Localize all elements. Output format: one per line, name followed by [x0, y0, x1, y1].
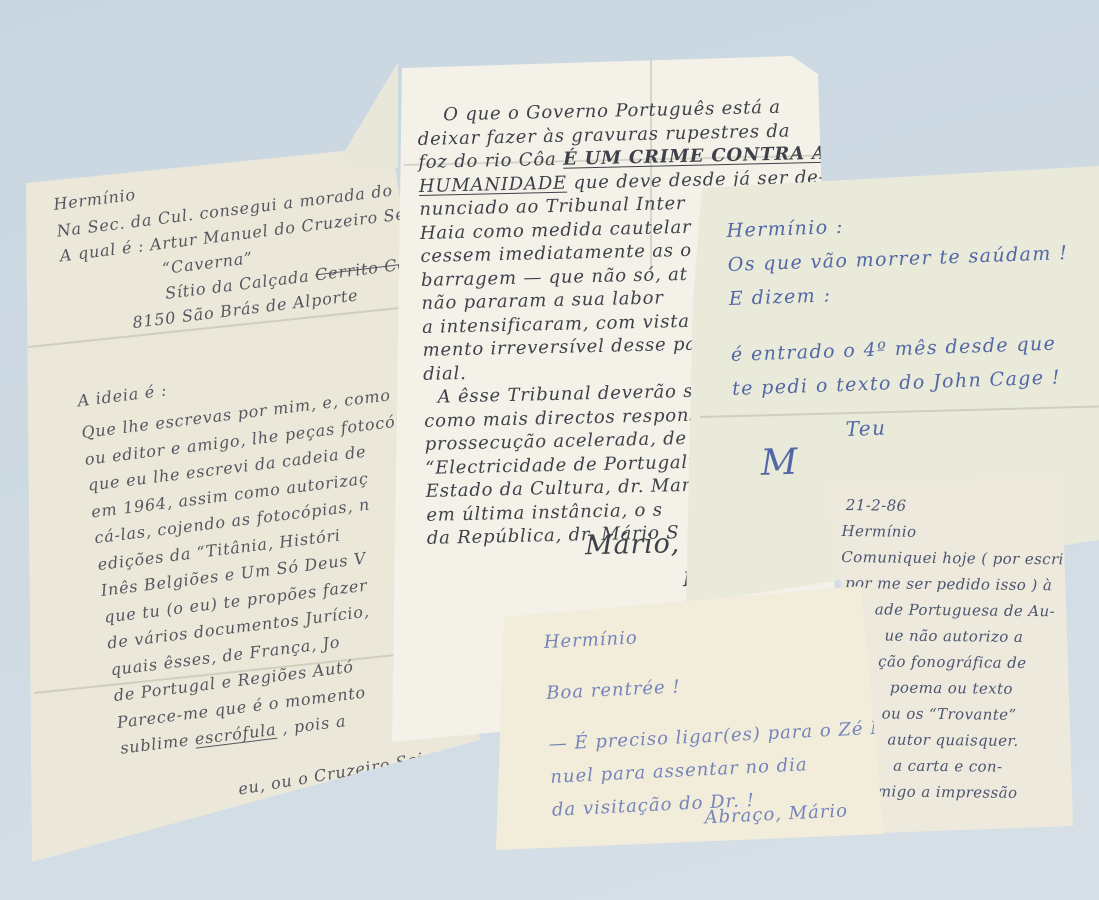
closing: Teu: [845, 411, 887, 446]
line-text: , pois a: [275, 711, 347, 738]
handwritten-line: Hermínio: [841, 518, 1080, 546]
handwritten-line: ade Portuguesa de Au-: [875, 596, 1080, 624]
handwritten-line: poema ou texto: [890, 675, 1079, 703]
handwritten-line: autor quaisquer.: [887, 727, 1078, 755]
handwritten-line: migo a impressão: [877, 778, 1078, 806]
handwritten-line: Boa rentrée !: [545, 659, 906, 710]
signature: Mário,: [585, 532, 680, 558]
letter-right-text: Hermínio : Os que vão morrer te saúdam !…: [726, 202, 1073, 406]
photograph-of-letters: Hermínio Na Sec. da Cul. consegui a mora…: [0, 0, 1099, 900]
underlined-text: escrófula: [194, 720, 278, 749]
handwritten-line: por me ser pedido isso ) à: [845, 570, 1080, 598]
handwritten-line: a carta e con-: [893, 753, 1078, 781]
bottom-card-text: Hermínio Boa rentrée ! — É preciso ligar…: [543, 608, 912, 826]
underlined-text: HUMANIDADE: [419, 172, 568, 196]
signature: M: [760, 446, 799, 481]
fold-crease: [700, 406, 1099, 418]
handwritten-line: Hermínio: [543, 608, 904, 659]
handwritten-line: ue não autorizo a: [884, 622, 1079, 650]
signature: Abraço, Mário: [704, 794, 849, 834]
line-text: foz do rio Côa: [418, 149, 563, 173]
handwritten-line: ção fonográfica de: [878, 648, 1079, 676]
line-text: sublime: [119, 730, 196, 758]
handwritten-line: 21-2-86: [846, 492, 1081, 520]
handwritten-line: Comuniquei hoje ( por escrito: [841, 544, 1080, 572]
handwritten-line: ou os “Trovante”: [882, 700, 1079, 728]
